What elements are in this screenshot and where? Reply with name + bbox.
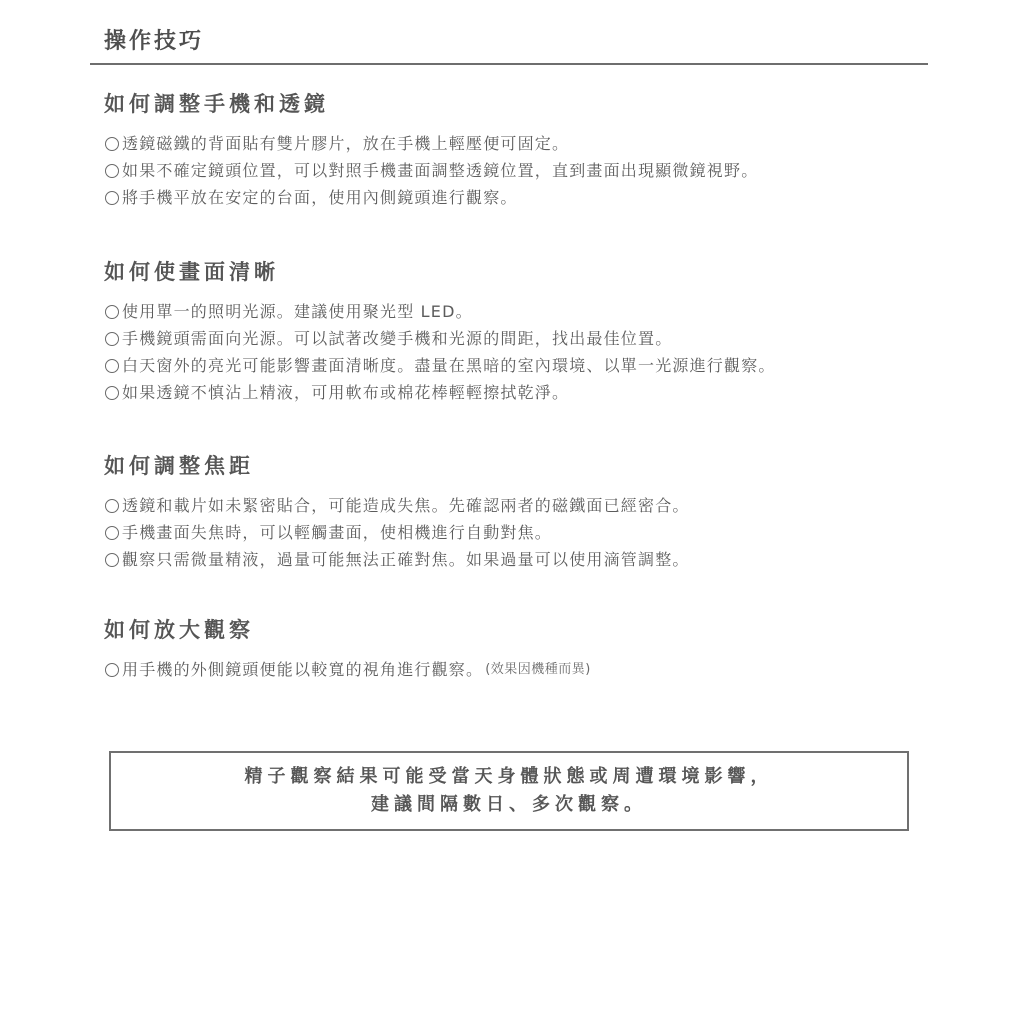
- list-item: 手機畫面失焦時，可以輕觸畫面，使相機進行自動對焦。: [104, 519, 690, 546]
- circle-bullet-icon: [105, 553, 119, 567]
- tip-text: 手機畫面失焦時，可以輕觸畫面，使相機進行自動對焦。: [122, 519, 552, 546]
- circle-bullet-icon: [105, 164, 119, 178]
- list-item: 透鏡和載片如未緊密貼合，可能造成失焦。先確認兩者的磁鐵面已經密合。: [104, 492, 690, 519]
- section-heading: 如何調整手機和透鏡: [104, 89, 758, 119]
- list-item: 用手機的外側鏡頭便能以較寬的視角進行觀察。 (效果因機種而異): [104, 656, 591, 683]
- tip-text: 透鏡磁鐵的背面貼有雙片膠片，放在手機上輕壓便可固定。: [122, 130, 569, 157]
- list-item: 手機鏡頭需面向光源。可以試著改變手機和光源的間距，找出最佳位置。: [104, 325, 776, 352]
- list-item: 白天窗外的亮光可能影響畫面清晰度。盡量在黑暗的室內環境、以單一光源進行觀察。: [104, 352, 776, 379]
- tip-list: 用手機的外側鏡頭便能以較寬的視角進行觀察。 (效果因機種而異): [104, 656, 591, 683]
- tip-list: 透鏡和載片如未緊密貼合，可能造成失焦。先確認兩者的磁鐵面已經密合。 手機畫面失焦…: [104, 492, 690, 573]
- tip-text: 白天窗外的亮光可能影響畫面清晰度。盡量在黑暗的室內環境、以單一光源進行觀察。: [122, 352, 776, 379]
- tip-list: 透鏡磁鐵的背面貼有雙片膠片，放在手機上輕壓便可固定。 如果不確定鏡頭位置，可以對…: [104, 130, 758, 211]
- circle-bullet-icon: [105, 137, 119, 151]
- list-item: 如果不確定鏡頭位置，可以對照手機畫面調整透鏡位置，直到畫面出現顯微鏡視野。: [104, 157, 758, 184]
- notice-box: 精子觀察結果可能受當天身體狀態或周遭環境影響， 建議間隔數日、多次觀察。: [109, 751, 909, 831]
- tip-text: 將手機平放在安定的台面，使用內側鏡頭進行觀察。: [122, 184, 518, 211]
- section-heading: 如何使畫面清晰: [104, 257, 776, 287]
- circle-bullet-icon: [105, 386, 119, 400]
- list-item: 觀察只需微量精液，過量可能無法正確對焦。如果過量可以使用滴管調整。: [104, 546, 690, 573]
- list-item: 使用單一的照明光源。建議使用聚光型 LED。: [104, 298, 776, 325]
- circle-bullet-icon: [105, 663, 119, 677]
- section-heading: 如何調整焦距: [104, 451, 690, 481]
- list-item: 透鏡磁鐵的背面貼有雙片膠片，放在手機上輕壓便可固定。: [104, 130, 758, 157]
- section-adjust-phone-lens: 如何調整手機和透鏡 透鏡磁鐵的背面貼有雙片膠片，放在手機上輕壓便可固定。 如果不…: [104, 89, 758, 211]
- circle-bullet-icon: [105, 332, 119, 346]
- title-divider: [90, 63, 928, 65]
- tip-text: 透鏡和載片如未緊密貼合，可能造成失焦。先確認兩者的磁鐵面已經密合。: [122, 492, 690, 519]
- list-item: 如果透鏡不慎沾上精液，可用軟布或棉花棒輕輕擦拭乾淨。: [104, 379, 776, 406]
- section-clear-image: 如何使畫面清晰 使用單一的照明光源。建議使用聚光型 LED。 手機鏡頭需面向光源…: [104, 257, 776, 406]
- tip-text: 手機鏡頭需面向光源。可以試著改變手機和光源的間距，找出最佳位置。: [122, 325, 672, 352]
- notice-line-2: 建議間隔數日、多次觀察。: [371, 791, 647, 819]
- tip-text: 如果透鏡不慎沾上精液，可用軟布或棉花棒輕輕擦拭乾淨。: [122, 379, 569, 406]
- tip-list: 使用單一的照明光源。建議使用聚光型 LED。 手機鏡頭需面向光源。可以試著改變手…: [104, 298, 776, 406]
- circle-bullet-icon: [105, 359, 119, 373]
- circle-bullet-icon: [105, 191, 119, 205]
- circle-bullet-icon: [105, 305, 119, 319]
- section-heading: 如何放大觀察: [104, 615, 591, 645]
- circle-bullet-icon: [105, 499, 119, 513]
- page-title: 操作技巧: [104, 26, 204, 58]
- notice-line-1: 精子觀察結果可能受當天身體狀態或周遭環境影響，: [245, 763, 774, 791]
- tip-text: 使用單一的照明光源。建議使用聚光型 LED。: [122, 298, 473, 325]
- tip-text: 用手機的外側鏡頭便能以較寬的視角進行觀察。: [122, 656, 483, 683]
- list-item: 將手機平放在安定的台面，使用內側鏡頭進行觀察。: [104, 184, 758, 211]
- section-adjust-focus: 如何調整焦距 透鏡和載片如未緊密貼合，可能造成失焦。先確認兩者的磁鐵面已經密合。…: [104, 451, 690, 573]
- circle-bullet-icon: [105, 526, 119, 540]
- tip-text: 觀察只需微量精液，過量可能無法正確對焦。如果過量可以使用滴管調整。: [122, 546, 690, 573]
- section-magnify-observation: 如何放大觀察 用手機的外側鏡頭便能以較寬的視角進行觀察。 (效果因機種而異): [104, 615, 591, 683]
- tip-note: (效果因機種而異): [485, 656, 591, 683]
- tip-text: 如果不確定鏡頭位置，可以對照手機畫面調整透鏡位置，直到畫面出現顯微鏡視野。: [122, 157, 758, 184]
